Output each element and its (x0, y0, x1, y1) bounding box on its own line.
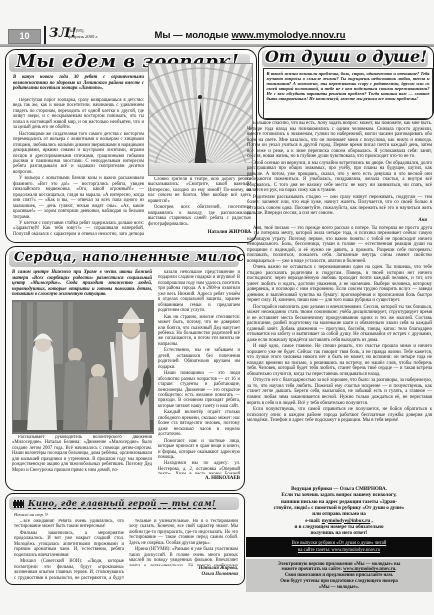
rubric-line: получишь на него ответ! (246, 530, 432, 536)
paragraph: И ещё одно, самое главное. Не спеши реша… (247, 344, 432, 377)
promo-site-link[interactable]: www.mymolodye.nnov.ru (343, 567, 395, 572)
paragraph: Родителям рассказывать стыдно — они сраз… (247, 195, 432, 217)
site-link-line-2[interactable]: на сайте газеты: www.mymolodye.nnov.ru (246, 547, 432, 554)
paragraph: Рассказывает руководитель волонтёрского … (12, 435, 152, 473)
peacock-head (198, 95, 202, 99)
photo-ground (149, 163, 252, 175)
peacock-body (194, 102, 206, 166)
rubric-lines: Ведущая рубрики — Ольга СМИРНОВА.Если ты… (246, 486, 432, 518)
masthead-title: Мы — молодые (155, 30, 232, 41)
peacock-photo (148, 63, 253, 176)
email-prefix: e-mail: (305, 518, 322, 524)
cinema-column-1: ...все ожидания! Ребята очень удивлялись… (14, 519, 124, 580)
article-zoo: Мы едем в зоопарк! В канун нового года 3… (5, 49, 257, 243)
film-strip-icon (13, 500, 24, 508)
paragraph: Как ни странно, многие стесняются: может… (158, 315, 240, 348)
masthead: Мы — молодые www.mymolodye.nnov.ru (110, 30, 390, 41)
paragraph: Очень важно не оставаться с переживаниям… (247, 265, 432, 304)
continued-from-note: Начало на стр. 9 (14, 512, 48, 517)
paragraph: У вольера с копытными блеяли козы и важн… (13, 176, 144, 220)
paragraph: Каждый волонтёр отдаёт столько свободног… (158, 410, 240, 437)
newspaper-page: 10 ЗЛ! №2 (95), февраль 2009 г. Мы — мол… (0, 0, 434, 615)
paragraph: казали небольшое представление и подарил… (158, 270, 240, 314)
paragraph: Отпусти его с благодарностью за всё хоро… (247, 378, 432, 406)
charity-photo (12, 300, 154, 434)
reader-letter: Большое спасибо, что вы есть. Хочу задат… (247, 121, 432, 217)
paragraph: Этой осенью он вернулся, и мы случайно в… (247, 161, 432, 194)
author-signature: Ольга Половнева (129, 572, 238, 578)
issue-month: февраль 2009 г. (68, 34, 98, 40)
article-mercy: Сердца, наполненные милосердием В самом … (5, 246, 245, 491)
zoo-column-1: Переступая порог зоопарка, сразу возвращ… (13, 98, 144, 237)
paragraph: Помогают нам и частные лица, которые при… (158, 439, 240, 461)
paragraph: Аня, твоё письмо — это прежде всего расс… (247, 226, 432, 265)
letter-signature: Аня (247, 218, 427, 224)
psychologist-answer: Аня, твоё письмо — это прежде всего расс… (247, 226, 432, 424)
zoo-column-2: Словно зрители в театре, всю дорогу ребя… (148, 177, 251, 228)
paragraph: тельные и увлекательные. Но я о тестиров… (129, 519, 238, 546)
mercy-author-signature: А. НИКОЛАЕВ (158, 476, 240, 481)
promo-url-prefix: можете прочитать на сайте: (282, 567, 344, 572)
site-link-box: Все выпуски рубрики «От души о душе» чит… (246, 537, 432, 557)
soul-article-title: От души о душе! (259, 47, 433, 66)
paragraph: Настоящими же создателями того самого де… (13, 132, 144, 176)
paragraph: Фильмы закончились, а мероприятие продол… (14, 531, 124, 558)
mercy-article-title: Сердца, наполненные милосердием (14, 250, 245, 265)
paragraph: Переступая порог зоопарка, сразу возвращ… (13, 98, 144, 131)
soul-intro-frame: В твоей жизни возникли проблемы, боль, с… (263, 68, 433, 119)
paragraph: Осмотрев всех обитателей, посетители нап… (148, 205, 251, 227)
zoo-article-lead: В канун нового года 30 ребят с ограничен… (13, 75, 144, 92)
soul-article-body: Большое спасибо, что вы есть. Хочу задат… (247, 121, 432, 483)
paragraph: Постарайся наполнить дни делами и впечат… (247, 305, 432, 344)
cinema-column-2: тельные и увлекательные. Но я о тестиров… (129, 519, 238, 566)
paragraph: Если почувствуешь, что самой справиться … (247, 407, 432, 424)
cinema-article-title: Кино, где главный герой — ты сам! (28, 498, 216, 509)
site-promo-box: Электронную версию приложения «Мы — моло… (246, 559, 432, 592)
masthead-site-link[interactable]: www.mymolodye.nnov.ru (231, 30, 345, 41)
paragraph: Ирина (НГУМИ): «Раньше я уже была участн… (129, 547, 238, 566)
paragraph: У клетки с попугаями стайка ребят задерж… (13, 221, 144, 237)
paragraph: Большое спасибо, что вы есть. Хочу задат… (247, 121, 432, 160)
paragraph: Находимся мы по адресу: ул. Нестерова, д… (158, 461, 240, 474)
rubric-footer: Ведущая рубрики — Ольга СМИРНОВА.Если ты… (246, 486, 432, 537)
paragraph: Наши помощники — это люди абсолютно разн… (158, 371, 240, 409)
mercy-article-lead: В самом центре Нижнего при Храме в честь… (12, 270, 152, 298)
mercy-column-1: Рассказывает руководитель волонтёрского … (12, 435, 152, 485)
page-number-badge: 10 (8, 29, 41, 44)
issue-date: №2 (95), февраль 2009 г. (68, 28, 98, 39)
cinema-author-signatures: Наталия Жирова,Ольга Половнева (129, 566, 238, 579)
article-soul-header: От души о душе! В твоей жизни возникли п… (258, 46, 434, 120)
promo-line: «Мы — молодые». (246, 585, 432, 591)
email-suffix: , (370, 518, 373, 524)
rubric-email-link[interactable]: mymolodye@inbox.ru (322, 518, 370, 524)
paragraph: Словно зрители в театре, всю дорогу ребя… (148, 177, 251, 204)
paragraph: ...все ожидания! Ребята очень удивлялись… (14, 519, 124, 530)
site-link-line-1[interactable]: Все выпуски рубрики «От души о душе» чит… (246, 540, 432, 547)
paragraph: Михаил (Советский ВОИ): «Люди, которые п… (14, 559, 124, 580)
article-cinema: Кино, где главный герой — ты сам! Начало… (5, 493, 245, 585)
rubric-lines: и в следующем номере ты обязательнополуч… (246, 524, 432, 537)
paragraph: Естественно, мы не забываем и детей, ост… (158, 348, 240, 370)
promo-url-suffix: . (395, 567, 396, 572)
mercy-column-2: казали небольшое представление и подарил… (158, 270, 240, 474)
zoo-author-signature: Наталия ЖИРОВА (148, 230, 251, 235)
